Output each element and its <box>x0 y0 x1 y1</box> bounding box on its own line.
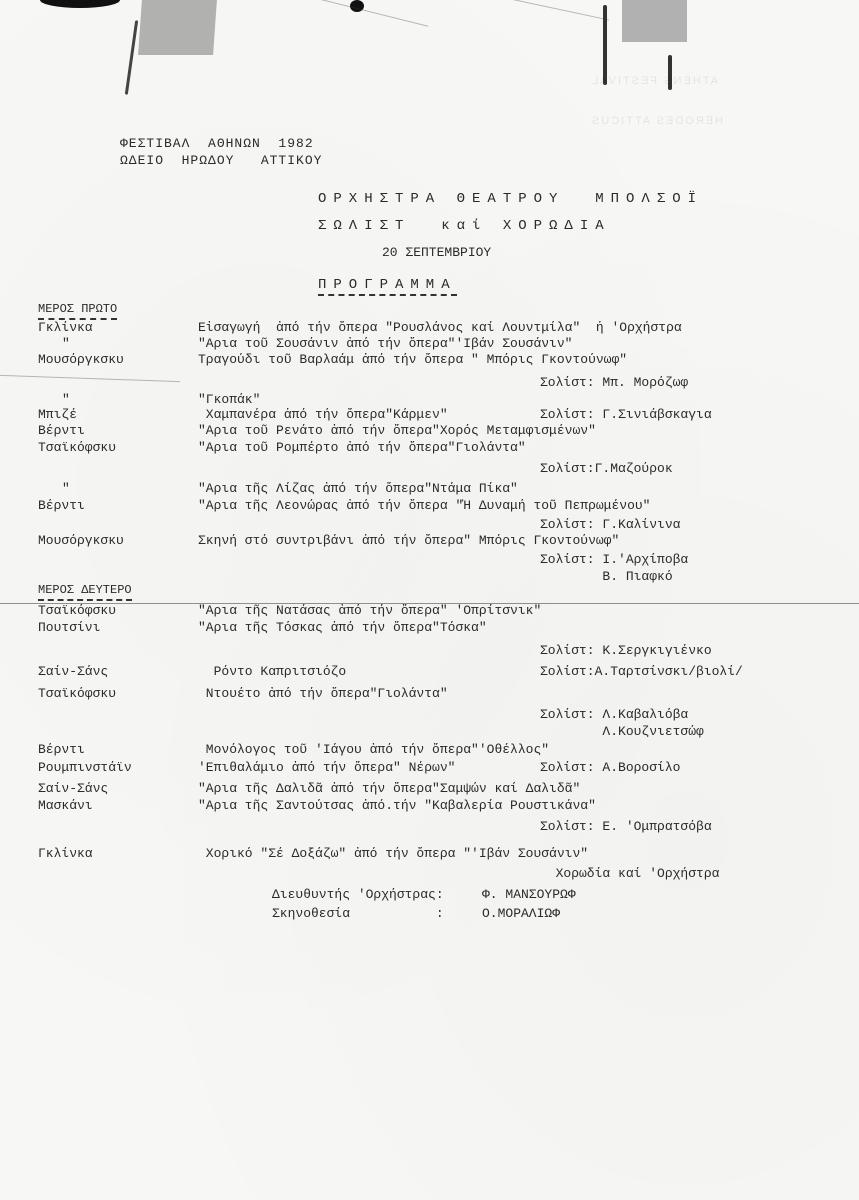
programme-work: Χαμπανέρα ἀπό τήν ὄπερα"Κάρμεν" <box>198 407 448 422</box>
programme-composer: Σαίν-Σάνς <box>38 664 108 679</box>
programme-solo: Β. Πιαφκό <box>540 569 673 584</box>
programme-work: Σκηνή στό συντριβάνι ἀπό τήν ὄπερα" Μπόρ… <box>198 533 619 548</box>
bleed-through-text: ATHENS FESTIVAL <box>590 75 718 87</box>
programme-composer: Ρουμπινστάϊν <box>38 760 132 775</box>
programme-composer: Μασκάνι <box>38 798 93 813</box>
programme-work: Τραγούδι τοῦ Βαρλαάμ ἀπό τήν ὄπερα " Μπό… <box>198 352 627 367</box>
programme-composer: Τσαϊκόφσκυ <box>38 440 116 455</box>
programme-composer: " <box>62 392 70 407</box>
programme-solo: Σολίστ: Κ.Σεργκιγιένκο <box>540 643 712 658</box>
programme-work: Ρόντο Καπριτσιόζο <box>198 664 346 679</box>
programme-composer: Βέρντι <box>38 423 85 438</box>
programme-work: "Αρια τῆς Νατάσας ἀπό τήν ὄπερα" 'Οπρίτσ… <box>198 603 541 618</box>
orchestra-title: ΟΡΧΗΣΤΡΑ ΘΕΑΤΡΟΥ ΜΠΟΛΣΟΪ <box>318 192 703 207</box>
programme-work: "Αρια τοῦ Σουσάνιν ἀπό τήν ὄπερα"'Ιβάν Σ… <box>198 336 572 351</box>
venue-title: ΩΔΕΙΟ ΗΡΩΔΟΥ ΑΤΤΙΚΟΥ <box>120 153 322 168</box>
programme-composer: Μουσόργκσκυ <box>38 533 124 548</box>
programme-composer: Τσαϊκόφσκυ <box>38 603 116 618</box>
programme-composer: Βέρντι <box>38 498 85 513</box>
section-heading-part-two: ΜΕΡΟΣ ΔΕΥΤΕΡΟ <box>38 583 132 601</box>
programme-work: "Γκοπάκ" <box>198 392 260 407</box>
conductor-label: Διευθυντής 'Ορχήστρας: <box>272 887 444 902</box>
programme-work: "Αρια τῆς Σαντούτσας ἀπό.τήν "Καβαλερία … <box>198 798 596 813</box>
programme-work: "Αρια τοῦ Ρομπέρτο ἀπό τήν ὄπερα"Γιολάντ… <box>198 440 526 455</box>
festival-title: ΦΕΣΤΙΒΑΛ ΑΘΗΝΩΝ 1982 <box>120 136 314 151</box>
programme-solo: Λ.Κουζνιετσώφ <box>540 724 704 739</box>
programme-composer: Πουτσίνι <box>38 620 100 635</box>
programme-solo: Χορωδία καί 'Ορχήστρα <box>540 866 719 881</box>
programme-work: "Αρια τῆς Λίζας ἀπό τήν ὄπερα"Ντάμα Πίκα… <box>198 481 518 496</box>
programme-composer: Μουσόργκσκυ <box>38 352 124 367</box>
soloists-choir-title: ΣΩΛΙΣΤ καί ΧΟΡΩΔΙΑ <box>318 219 611 234</box>
director-label: Σκηνοθεσία : <box>272 906 444 921</box>
director-name: Ο.ΜΟΡΑΛΙΩΦ <box>482 906 560 921</box>
programme-work: Μονόλογος τοῦ 'Ιάγου ἀπό τήν ὄπερα"'Οθέλ… <box>198 742 549 757</box>
programme-composer: Μπιζέ <box>38 407 77 422</box>
programme-work: Ντουέτο ἀπό τήν ὄπερα"Γιολάντα" <box>198 686 448 701</box>
programme-composer: Σαίν-Σάνς <box>38 781 108 796</box>
tape-mark-right <box>622 0 687 42</box>
programme-composer: Τσαϊκόφσκυ <box>38 686 116 701</box>
program-heading: ΠΡΟΓΡΑΜΜΑ <box>318 278 457 296</box>
bleed-through-text: HERODES ATTICUS <box>590 115 723 127</box>
ink-streak <box>603 5 607 85</box>
section-heading-part-one: ΜΕΡΟΣ ΠΡΩΤΟ <box>38 302 117 320</box>
programme-work: Χορικό "Σέ Δοξάζω" ἀπό τήν ὄπερα "'Ιβάν … <box>198 846 588 861</box>
programme-composer: " <box>62 336 70 351</box>
programme-solo: Σολίστ: Ι.'Αρχίποβα <box>540 552 688 567</box>
programme-solo: Σολίστ: Ε. 'Ομπρατσόβα <box>540 819 712 834</box>
programme-solo: Σολίστ: Γ.Καλίνινα <box>540 517 680 532</box>
programme-solo: Σολίστ: Λ.Καβαλιόβα <box>540 707 688 722</box>
programme-work: 'Επιθαλάμιο ἀπό τήν ὄπερα" Νέρων" <box>198 760 455 775</box>
programme-work: Εἰσαγωγή ἀπό τήν ὄπερα "Ρουσλάνος καί Λο… <box>198 320 682 335</box>
programme-work: "Αρια τῆς Τόσκας ἀπό τήν ὄπερα"Τόσκα" <box>198 620 487 635</box>
programme-solo: Σολίστ: Γ.Σινιάβσκαγια <box>540 407 712 422</box>
programme-composer: Γκλίνκα <box>38 320 93 335</box>
programme-solo: Σολίστ: Α.Βοροσίλο <box>540 760 680 775</box>
concert-date: 20 ΣΕΠΤΕΜΒΡΙΟΥ <box>382 245 491 260</box>
tape-mark-left <box>138 0 217 55</box>
programme-composer: Βέρντι <box>38 742 85 757</box>
programme-solo: Σολίστ: Μπ. Μορόζωφ <box>540 375 688 390</box>
programme-composer: Γκλίνκα <box>38 846 93 861</box>
programme-solo: Σολίστ:Γ.Μαζούροκ <box>540 461 673 476</box>
programme-work: "Αρια τοῦ Ρενάτο ἀπό τήν ὄπερα"Χορός Μετ… <box>198 423 596 438</box>
programme-solo: Σολίστ:Α.Ταρτσίνσκι/βιολί/ <box>540 664 743 679</box>
programme-work: "Αρια τῆς Δαλιδᾶ ἀπό τήν ὄπερα"Σαμψών κα… <box>198 781 580 796</box>
programme-composer: " <box>62 481 70 496</box>
programme-work: "Αρια τῆς Λεονώρας ἀπό τήν ὄπερα "Ἡ Δυνα… <box>198 498 650 513</box>
conductor-name: Φ. ΜΑΝΣΟΥΡΩΦ <box>482 887 576 902</box>
